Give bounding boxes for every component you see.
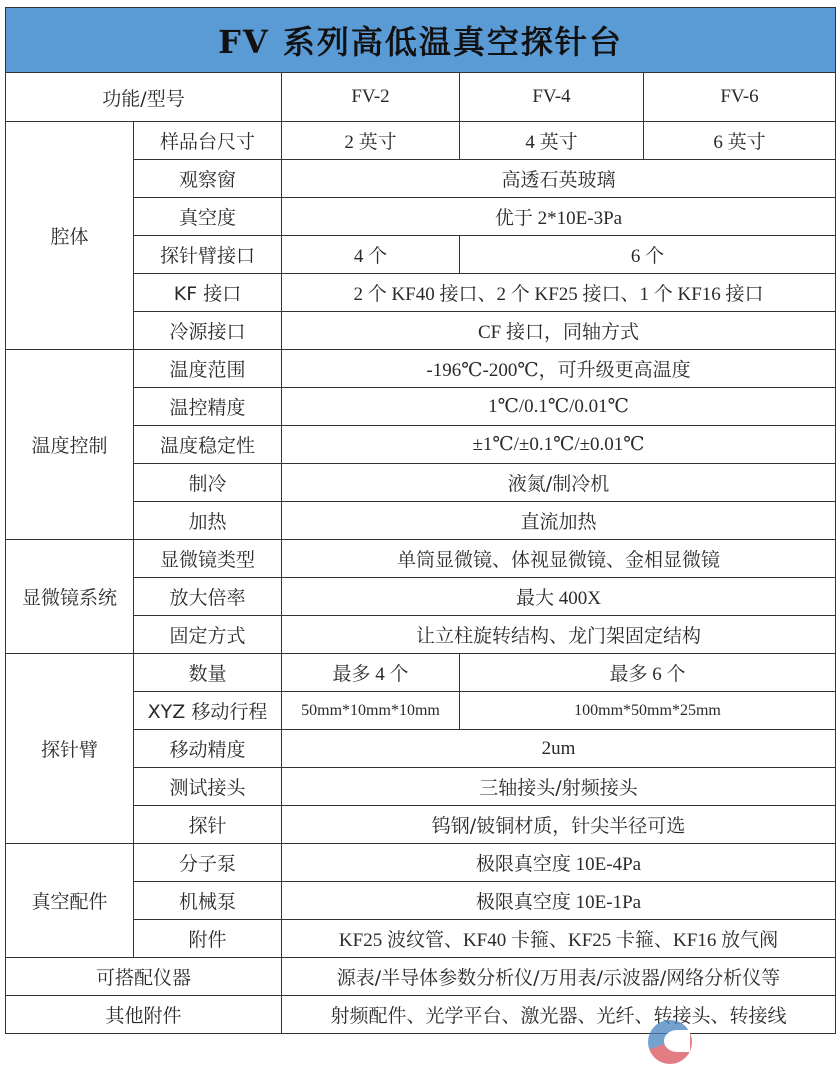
cell-value: 优于 2*10E-3Pa — [282, 198, 836, 236]
cell-fv2: 2 英寸 — [282, 122, 460, 160]
spec-table: FV 系列高低温真空探针台 功能/型号 FV-2 FV-4 FV-6 腔体 样品… — [5, 7, 836, 1034]
spec-sheet: FV 系列高低温真空探针台 功能/型号 FV-2 FV-4 FV-6 腔体 样品… — [5, 7, 835, 1034]
cell-value: 高透石英玻璃 — [282, 160, 836, 198]
row-label: 探针 — [134, 806, 282, 844]
cell-fv2: 4 个 — [282, 236, 460, 274]
row-label: 样品台尺寸 — [134, 122, 282, 160]
row-label: 放大倍率 — [134, 578, 282, 616]
other-accessories-value: 射频配件、光学平台、激光器、光纤、转接头、转接线 — [282, 996, 836, 1034]
row-label: 观察窗 — [134, 160, 282, 198]
table-row: 温度控制 温度范围 -196℃-200℃，可升级更高温度 — [6, 350, 836, 388]
function-model-header: 功能/型号 — [6, 73, 282, 122]
row-label: 温度稳定性 — [134, 426, 282, 464]
model-fv2-header: FV-2 — [282, 73, 460, 122]
row-label: 固定方式 — [134, 616, 282, 654]
watermark-logo-icon — [648, 1020, 692, 1064]
row-label: 数量 — [134, 654, 282, 692]
row-label: 附件 — [134, 920, 282, 958]
cell-fv4-fv6: 最多 6 个 — [460, 654, 836, 692]
cell-value: 三轴接头/射频接头 — [282, 768, 836, 806]
row-label: 移动精度 — [134, 730, 282, 768]
page-title: FV 系列高低温真空探针台 — [6, 8, 836, 73]
model-fv6-header: FV-6 — [644, 73, 836, 122]
cell-fv2: 最多 4 个 — [282, 654, 460, 692]
cell-value: -196℃-200℃，可升级更高温度 — [282, 350, 836, 388]
cell-value: 1℃/0.1℃/0.01℃ — [282, 388, 836, 426]
group-vacuum: 真空配件 — [6, 844, 134, 958]
group-microscope: 显微镜系统 — [6, 540, 134, 654]
row-label: 冷源接口 — [134, 312, 282, 350]
cell-value: 钨钢/铍铜材质，针尖半径可选 — [282, 806, 836, 844]
cell-value: 单筒显微镜、体视显微镜、金相显微镜 — [282, 540, 836, 578]
table-row: 显微镜系统 显微镜类型 单筒显微镜、体视显微镜、金相显微镜 — [6, 540, 836, 578]
cell-fv4-fv6: 6 个 — [460, 236, 836, 274]
cell-value: 液氮/制冷机 — [282, 464, 836, 502]
cell-value: 让立柱旋转结构、龙门架固定结构 — [282, 616, 836, 654]
instruments-value: 源表/半导体参数分析仪/万用表/示波器/网络分析仪等 — [282, 958, 836, 996]
cell-value: CF 接口，同轴方式 — [282, 312, 836, 350]
model-fv4-header: FV-4 — [460, 73, 644, 122]
cell-fv4: 4 英寸 — [460, 122, 644, 160]
row-label: KF 接口 — [134, 274, 282, 312]
group-temperature: 温度控制 — [6, 350, 134, 540]
instruments-label: 可搭配仪器 — [6, 958, 282, 996]
table-row: 腔体 样品台尺寸 2 英寸 4 英寸 6 英寸 — [6, 122, 836, 160]
other-accessories-label: 其他附件 — [6, 996, 282, 1034]
row-label: 加热 — [134, 502, 282, 540]
row-label: 显微镜类型 — [134, 540, 282, 578]
group-probe-arm: 探针臂 — [6, 654, 134, 844]
row-label: 真空度 — [134, 198, 282, 236]
row-label: XYZ 移动行程 — [134, 692, 282, 730]
row-label: 测试接头 — [134, 768, 282, 806]
cell-value: KF25 波纹管、KF40 卡箍、KF25 卡箍、KF16 放气阀 — [282, 920, 836, 958]
title-row: FV 系列高低温真空探针台 — [6, 8, 836, 73]
header-row: 功能/型号 FV-2 FV-4 FV-6 — [6, 73, 836, 122]
row-label: 温度范围 — [134, 350, 282, 388]
row-label: 分子泵 — [134, 844, 282, 882]
table-row: 探针臂 数量 最多 4 个 最多 6 个 — [6, 654, 836, 692]
cell-value: 最大 400X — [282, 578, 836, 616]
cell-fv4-fv6: 100mm*50mm*25mm — [460, 692, 836, 730]
cell-fv6: 6 英寸 — [644, 122, 836, 160]
cell-fv2: 50mm*10mm*10mm — [282, 692, 460, 730]
row-label: 机械泵 — [134, 882, 282, 920]
group-chamber: 腔体 — [6, 122, 134, 350]
cell-value: 极限真空度 10E-4Pa — [282, 844, 836, 882]
table-row: 真空配件 分子泵 极限真空度 10E-4Pa — [6, 844, 836, 882]
cell-value: 极限真空度 10E-1Pa — [282, 882, 836, 920]
row-label: 探针臂接口 — [134, 236, 282, 274]
row-label: 制冷 — [134, 464, 282, 502]
table-row: 其他附件 射频配件、光学平台、激光器、光纤、转接头、转接线 — [6, 996, 836, 1034]
row-label: 温控精度 — [134, 388, 282, 426]
table-row: 可搭配仪器 源表/半导体参数分析仪/万用表/示波器/网络分析仪等 — [6, 958, 836, 996]
cell-value: 直流加热 — [282, 502, 836, 540]
cell-value: ±1℃/±0.1℃/±0.01℃ — [282, 426, 836, 464]
cell-value: 2 个 KF40 接口、2 个 KF25 接口、1 个 KF16 接口 — [282, 274, 836, 312]
cell-value: 2um — [282, 730, 836, 768]
